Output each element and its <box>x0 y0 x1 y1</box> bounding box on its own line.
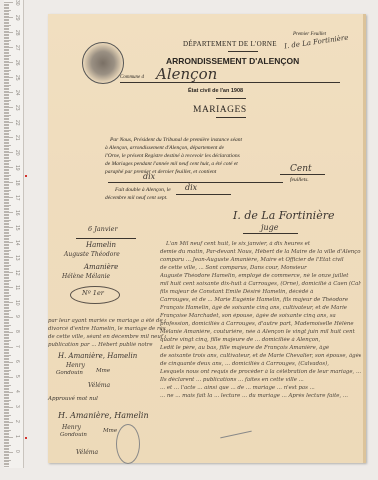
act-line: comparu ... Jean-Auguste Amanière, Maire… <box>160 257 361 263</box>
ruler-number: 23 <box>14 105 20 111</box>
annotation-line: de cette ville, séant en décembre mil ne… <box>48 334 166 340</box>
ruler-number: 2 <box>14 420 20 423</box>
ruler-number: 30 <box>14 0 20 6</box>
act-line: Auguste Théodore Hamelin, employé de com… <box>160 273 361 279</box>
groom-firstnames: Auguste Théodore <box>64 251 120 258</box>
bride-surname: Amanière <box>84 263 118 271</box>
ruler-number: 13 <box>14 255 20 261</box>
preamble-line: paraphé par premier et dernier feuillet,… <box>105 169 216 175</box>
leaf-count-handwritten: Cent <box>290 164 312 174</box>
republique-francaise-seal-icon <box>82 42 124 84</box>
act-line: ... ne ... mais fait la ... lecture ... … <box>160 393 361 399</box>
ruler-number: 3 <box>14 405 20 408</box>
act-line: François Hamelin, âgé de soixante cinq a… <box>160 305 361 311</box>
signature: Henry <box>66 362 85 369</box>
ruler-number: 0 <box>14 450 20 453</box>
ruler-number: 18 <box>14 180 20 186</box>
annotation-line: divorcé d'entre Hamelin, le mariage de r… <box>48 326 166 332</box>
act-line: Mélanie Amanière, couturière, née à Alen… <box>160 329 361 335</box>
annotation-line: par leur ayant mariés ce mariage a été d… <box>48 318 166 324</box>
ruler-number: 12 <box>14 270 20 276</box>
measuring-ruler: 3029282726252423222120191817161514131211… <box>4 0 24 468</box>
divider <box>76 238 136 239</box>
preamble-line: de Mariages pendant l'année mil neuf cen… <box>105 161 238 167</box>
act-line: quatre vingt cinq, fille majeure de ... … <box>160 337 361 343</box>
ruler-number: 29 <box>14 15 20 21</box>
etat-civil-year: État civil de l'an 1908 <box>188 88 243 94</box>
commune-label: Commune d <box>120 75 144 80</box>
divider <box>228 51 258 52</box>
signature: Véléma <box>76 449 98 456</box>
bride-firstnames: Hélène Mélanie <box>62 273 110 280</box>
preamble-line: à Alençon, arrondissement d'Alençon, dép… <box>105 145 224 151</box>
signature: Mme <box>96 368 110 374</box>
act-line: de cette ville, ... Sont comparus, Dans … <box>160 265 361 271</box>
ruler-tick <box>4 466 9 467</box>
ruler-number: 27 <box>14 45 20 51</box>
commune-value: Alençon <box>156 65 217 83</box>
fait-double-label: Fait double à Alençon, le <box>115 187 171 193</box>
ruler-number: 8 <box>14 330 20 333</box>
act-line: Ledit le père, au bas, fille majeure de … <box>160 345 361 351</box>
act-number: Nº 1er <box>82 289 104 297</box>
signature: Gondouin <box>56 370 83 376</box>
act-line: fils majeur de Constant Émile Désiré Ham… <box>160 289 361 295</box>
ruler-number: 16 <box>14 210 20 216</box>
act-line: de cinquante deux ans, ... domiciliés à … <box>160 361 361 367</box>
department-heading: DÉPARTEMENT DE L'ORNE <box>183 40 277 48</box>
approved-note: Approuvé mot nul <box>48 396 98 402</box>
act-line: L'an Mil neuf cent huit, le six janvier,… <box>166 241 361 247</box>
act-line: demie du matin, Par-devant Nous, Hébert … <box>160 249 361 255</box>
ruler-number: 21 <box>14 135 20 141</box>
act-line: Ils déclarent ... publications ... faite… <box>160 377 361 383</box>
annotation-line: publication par ... Hébert publié notre <box>48 342 166 348</box>
signature: Véléma <box>88 382 110 389</box>
ruler-number: 24 <box>14 90 20 96</box>
feuillets-label: feuillets. <box>290 177 309 183</box>
ruler-number: 25 <box>14 75 20 81</box>
judge-title: juge <box>261 223 279 232</box>
act-line: Lesquels nous ont requis de procéder à l… <box>160 369 361 375</box>
ruler-number: 15 <box>14 225 20 231</box>
fait-date-handwritten: dix <box>185 183 197 192</box>
signature: H. Amanière, Hamelin <box>58 352 137 360</box>
divider <box>216 98 246 99</box>
preamble-line: l'Orne, le présent Registre destiné à re… <box>105 153 240 159</box>
signature: Gondouin <box>60 432 87 438</box>
ruler-number: 20 <box>14 150 20 156</box>
act-line: Françoise Marchadet, son épouse, âgée de… <box>160 313 361 319</box>
groom-surname: Hamelin <box>86 241 116 249</box>
ruler-number: 22 <box>14 120 20 126</box>
signature: Mme <box>103 428 117 434</box>
leaf-count-handwritten-2: dix <box>143 172 155 181</box>
signature: H. Amanière, Hamelin <box>58 411 149 420</box>
act-line: Carrouges, et de ... Marie Eugénie Hamel… <box>160 297 361 303</box>
margin-date: 6 Janvier <box>88 225 118 233</box>
fill-line <box>176 194 231 195</box>
ruler-marker <box>25 175 27 177</box>
act-line: profession, domiciliés à Carrouges, d'au… <box>160 321 361 327</box>
fill-line <box>280 174 325 175</box>
ruler-number: 10 <box>14 300 20 306</box>
register-type-title: MARIAGES <box>193 105 247 115</box>
signature-underline <box>243 233 298 234</box>
act-line: ... et ... l'acte ... ainsi que ... de .… <box>160 385 361 391</box>
ruler-number: 11 <box>14 285 20 290</box>
act-line: mil huit cent soixante dix-huit à Carrou… <box>160 281 361 287</box>
ruler-marker <box>25 437 27 439</box>
ruler-number: 28 <box>14 30 20 36</box>
ruler-number: 26 <box>14 60 20 66</box>
ruler-number: 19 <box>14 165 20 171</box>
divider <box>216 117 246 118</box>
preamble-line: Par Nous, Président du Tribunal de premi… <box>110 137 242 143</box>
ruler-number: 4 <box>14 390 20 393</box>
ruler-number: 5 <box>14 375 20 378</box>
closing-stroke <box>220 431 252 439</box>
ruler-number: 6 <box>14 360 20 363</box>
ruler-number: 14 <box>14 240 20 246</box>
ruler-number: 7 <box>14 345 20 348</box>
ruler-number: 1 <box>14 435 20 438</box>
act-line: de soixante trois ans, cultivateur, et d… <box>160 353 361 359</box>
ruler-number: 9 <box>14 315 20 318</box>
ruler-number: 17 <box>14 195 20 201</box>
commune-underline <box>120 82 340 83</box>
register-page: Premier Feuillet I. de La Fortinière DÉP… <box>48 14 366 463</box>
judge-signature: I. de La Fortinière <box>233 209 334 222</box>
signature: Henry <box>62 424 81 431</box>
signature-flourish <box>116 424 140 464</box>
fait-date-line2: décembre mil neuf cent sept. <box>105 195 168 201</box>
